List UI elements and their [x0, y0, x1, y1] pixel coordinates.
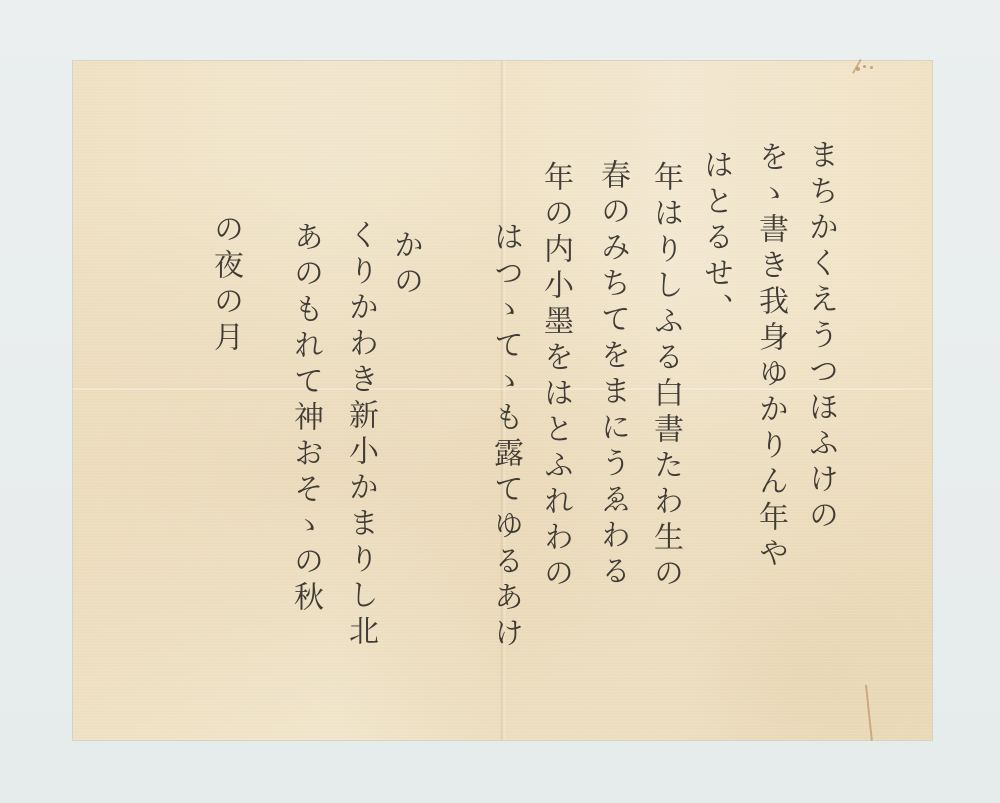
text-column-10: あのもれて神おそゝの秋: [290, 221, 320, 617]
text-column-5: 春のみちてをまにうゑわる: [597, 159, 627, 591]
manuscript-paper: まちかくえうつほふけの をゝ書き我身ゆかりん年や はとるせ、 年はりしふる白書た…: [73, 61, 932, 740]
text-column-2: をゝ書き我身ゆかりん年や: [755, 141, 785, 573]
text-column-9: くりかわき新小かまりし北: [345, 219, 375, 651]
text-column-6: 年の内小墨をはとふれわの: [540, 161, 570, 593]
ink-stain-top-right: [863, 65, 866, 68]
brown-crease-mark: [852, 59, 862, 74]
brown-crease-mark: [865, 685, 873, 741]
text-column-11: の夜の月: [210, 213, 240, 357]
text-column-1: まちかくえうつほふけの: [805, 139, 835, 535]
text-column-3: はとるせ、: [700, 149, 730, 329]
text-column-7: はつゝてゝも露てゆるあけ: [490, 221, 520, 653]
text-column-4: 年はりしふる白書たわ生の: [650, 161, 680, 593]
ink-stain-top-right: [870, 66, 873, 69]
text-column-8: かの: [390, 229, 420, 301]
